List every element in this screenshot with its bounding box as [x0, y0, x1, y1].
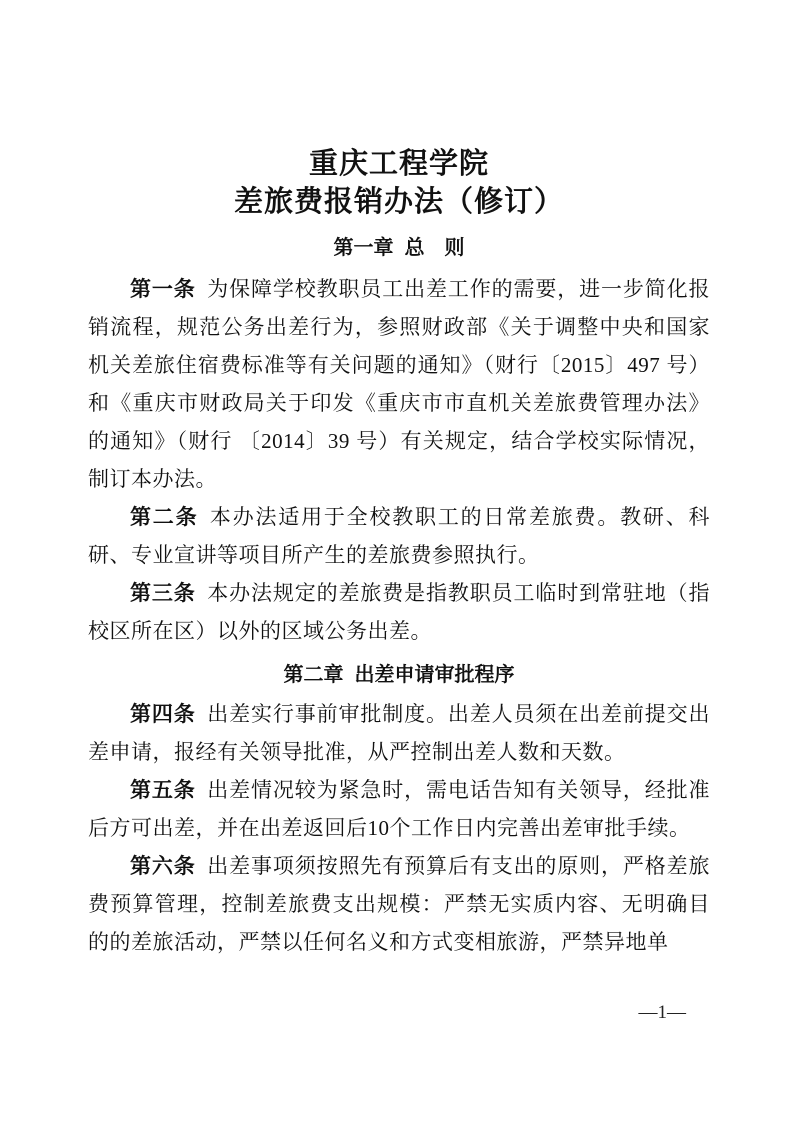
chapter-1-heading: 第一章总 则 [88, 233, 710, 263]
chapter-2-heading: 第二章出差申请审批程序 [88, 660, 710, 690]
document-title-line2: 差旅费报销办法（修订） [88, 183, 710, 221]
article-3-label: 第三条 [130, 581, 196, 605]
article-3-paragraph: 第三条本办法规定的差旅费是指教职员工临时到常驻地（指校区所在区）以外的区域公务出… [88, 574, 710, 650]
chapter-1-number: 第一章 [334, 237, 394, 259]
article-5-paragraph: 第五条出差情况较为紧急时，需电话告知有关领导，经批准后方可出差，并在出差返回后1… [88, 771, 710, 847]
article-2-label: 第二条 [130, 505, 198, 529]
chapter-2-title: 出差申请审批程序 [355, 664, 515, 686]
article-4-paragraph: 第四条出差实行事前审批制度。出差人员须在出差前提交出差申请，报经有关领导批准，从… [88, 695, 710, 771]
document-title: 重庆工程学院 差旅费报销办法（修订） [88, 145, 710, 221]
article-5-label: 第五条 [130, 778, 196, 802]
page-number: —1— [639, 1000, 687, 1026]
article-1-text: 为保障学校教职员工出差工作的需要，进一步简化报销流程，规范公务出差行为，参照财政… [88, 277, 710, 491]
chapter-2-number: 第二章 [284, 664, 344, 686]
document-page: 重庆工程学院 差旅费报销办法（修订） 第一章总 则 第一条为保障学校教职员工出差… [0, 0, 794, 1122]
chapter-1-title: 总 则 [405, 237, 465, 259]
article-1-paragraph: 第一条为保障学校教职员工出差工作的需要，进一步简化报销流程，规范公务出差行为，参… [88, 270, 710, 498]
article-2-paragraph: 第二条本办法适用于全校教职工的日常差旅费。教研、科研、专业宣讲等项目所产生的差旅… [88, 498, 710, 574]
article-4-label: 第四条 [130, 702, 196, 726]
article-6-paragraph: 第六条出差事项须按照先有预算后有支出的原则，严格差旅费预算管理，控制差旅费支出规… [88, 847, 710, 961]
article-1-label: 第一条 [130, 277, 196, 301]
article-6-label: 第六条 [130, 854, 196, 878]
document-title-line1: 重庆工程学院 [88, 145, 710, 183]
